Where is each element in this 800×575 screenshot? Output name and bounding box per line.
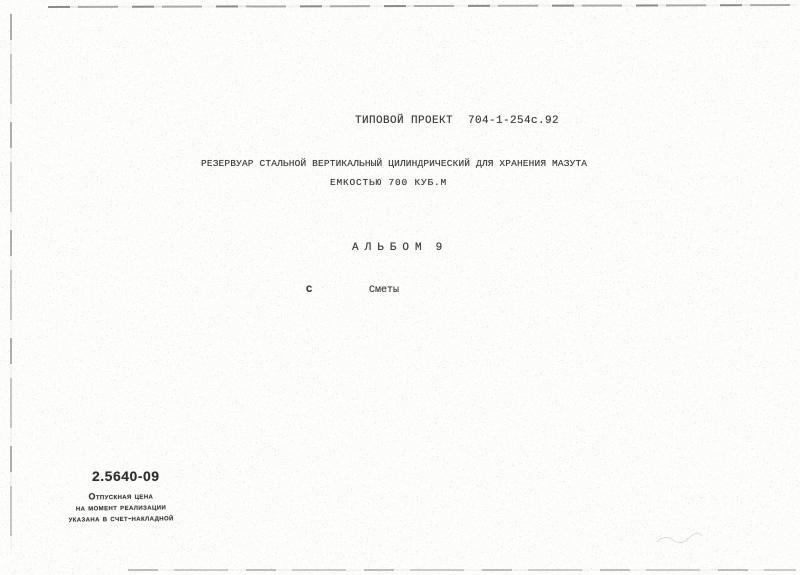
scan-edge-bottom <box>128 569 796 571</box>
album-number: 9 <box>436 242 449 254</box>
scanned-title-page: ТИПОВОЙ ПРОЕКТ704-1-254с.92 РЕЗЕРВУАР СТ… <box>0 0 800 575</box>
album-label: АЛЬБОМ <box>352 242 428 254</box>
scan-noise-texture <box>0 0 800 575</box>
document-title-line2: ЕМКОСТЬЮ 700 КУБ.М <box>330 177 447 188</box>
document-code-stamp: 2.5640-09 <box>92 468 160 484</box>
project-header: ТИПОВОЙ ПРОЕКТ704-1-254с.92 <box>355 115 559 127</box>
project-number: 704-1-254с.92 <box>468 115 559 127</box>
album-heading: АЛЬБОМ9 <box>352 242 448 254</box>
section-marker: С <box>306 284 312 296</box>
document-title-line1: РЕЗЕРВУАР СТАЛЬНОЙ ВЕРТИКАЛЬНЫЙ ЦИЛИНДРИ… <box>201 158 587 169</box>
price-note-stamp: Отпускная цена на момент реализации указ… <box>50 490 192 525</box>
scan-edge-left <box>10 14 12 550</box>
price-note-line3: указана в счет-накладной <box>50 512 192 525</box>
pencil-mark <box>655 528 705 548</box>
project-type-label: ТИПОВОЙ ПРОЕКТ <box>355 115 453 127</box>
section-label: Сметы <box>369 285 399 296</box>
scan-edge-top <box>48 4 796 8</box>
